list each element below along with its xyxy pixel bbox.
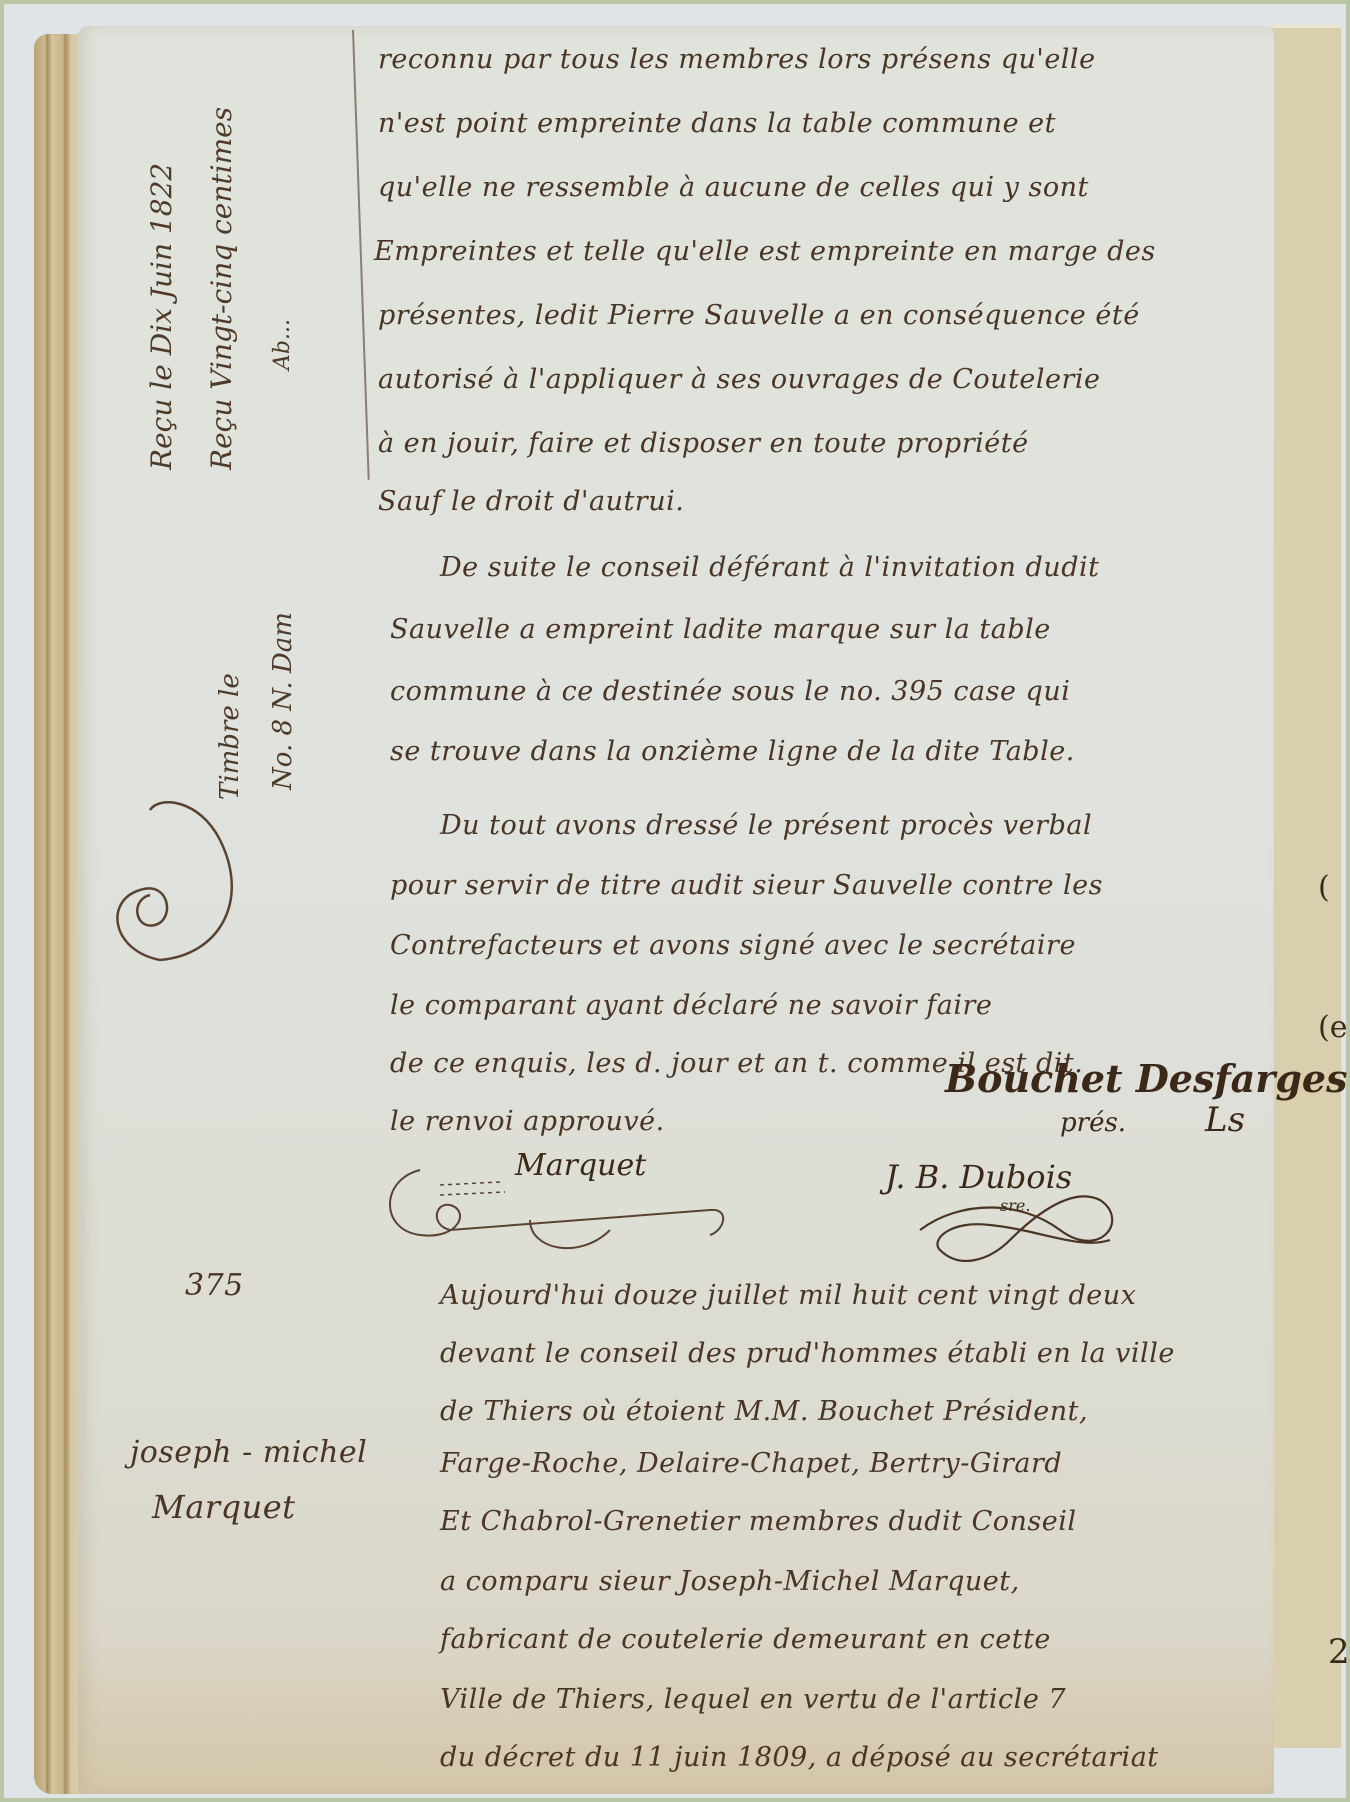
- text-line: commune à ce destinée sous le no. 395 ca…: [390, 676, 1070, 707]
- adjacent-page: [1268, 28, 1341, 1748]
- text-line: n'est point empreinte dans la table comm…: [378, 108, 1056, 139]
- signature-bouchet: Bouchet Desfarges: [945, 1056, 1347, 1101]
- text-line: le comparant ayant déclaré ne savoir fai…: [390, 990, 992, 1021]
- margin-note-stamp-line2: No. 8 N. Dam: [268, 612, 298, 790]
- text-line: présentes, ledit Pierre Sauvelle a en co…: [378, 300, 1140, 331]
- edge-mark: (e: [1318, 1010, 1347, 1045]
- entry-number: 375: [185, 1268, 244, 1303]
- text-line: a comparu sieur Joseph-Michel Marquet,: [440, 1566, 1020, 1597]
- text-line: le renvoi approuvé.: [390, 1106, 665, 1137]
- text-line: qu'elle ne ressemble à aucune de celles …: [378, 172, 1089, 203]
- text-line: du décret du 11 juin 1809, a déposé au s…: [440, 1742, 1159, 1773]
- margin-note-received-line2: Reçu Vingt-cinq centimes: [205, 107, 238, 470]
- text-line: Contrefacteurs et avons signé avec le se…: [390, 930, 1076, 961]
- text-line: se trouve dans la onzième ligne de la di…: [390, 736, 1075, 767]
- text-line: pour servir de titre audit sieur Sauvell…: [390, 870, 1103, 901]
- text-line: Sauf le droit d'autrui.: [378, 486, 684, 517]
- signature-flourish-left-icon: [380, 1150, 820, 1260]
- text-line: Et Chabrol-Grenetier membres dudit Conse…: [440, 1506, 1077, 1537]
- text-line: de Thiers où étoient M.M. Bouchet Présid…: [440, 1396, 1088, 1427]
- edge-mark: (: [1318, 870, 1330, 905]
- text-line: devant le conseil des prud'hommes établi…: [440, 1338, 1175, 1369]
- text-line: De suite le conseil déférant à l'invitat…: [440, 552, 1099, 583]
- margin-note-received-line1: Reçu le Dix Juin 1822: [145, 163, 178, 470]
- text-line: Sauvelle a empreint ladite marque sur la…: [390, 614, 1051, 645]
- signature-flourish-right-icon: [900, 1180, 1140, 1280]
- entry-name-last: Marquet: [152, 1488, 296, 1526]
- text-line: à en jouir, faire et disposer en toute p…: [378, 428, 1029, 459]
- text-line: Ville de Thiers, lequel en vertu de l'ar…: [440, 1684, 1066, 1715]
- text-line: Farge-Roche, Delaire-Chapet, Bertry-Gira…: [440, 1448, 1062, 1479]
- text-line: autorisé à l'appliquer à ses ouvrages de…: [378, 364, 1101, 395]
- edge-mark: 2: [1328, 1632, 1350, 1672]
- signature-bouchet-title: prés.: [1060, 1108, 1126, 1138]
- text-line: Du tout avons dressé le présent procès v…: [440, 810, 1092, 841]
- text-line: Empreintes et telle qu'elle est empreint…: [374, 236, 1156, 267]
- margin-flourish-icon: [100, 780, 250, 980]
- text-line: reconnu par tous les membres lors présen…: [378, 44, 1096, 75]
- text-line: Aujourd'hui douze juillet mil huit cent …: [440, 1280, 1136, 1311]
- signature-initial-mark: Ls: [1205, 1100, 1245, 1140]
- margin-note-received-line3: Ab...: [270, 319, 295, 370]
- text-line: fabricant de coutelerie demeurant en cet…: [440, 1624, 1051, 1655]
- entry-name-first: joseph - michel: [130, 1435, 367, 1470]
